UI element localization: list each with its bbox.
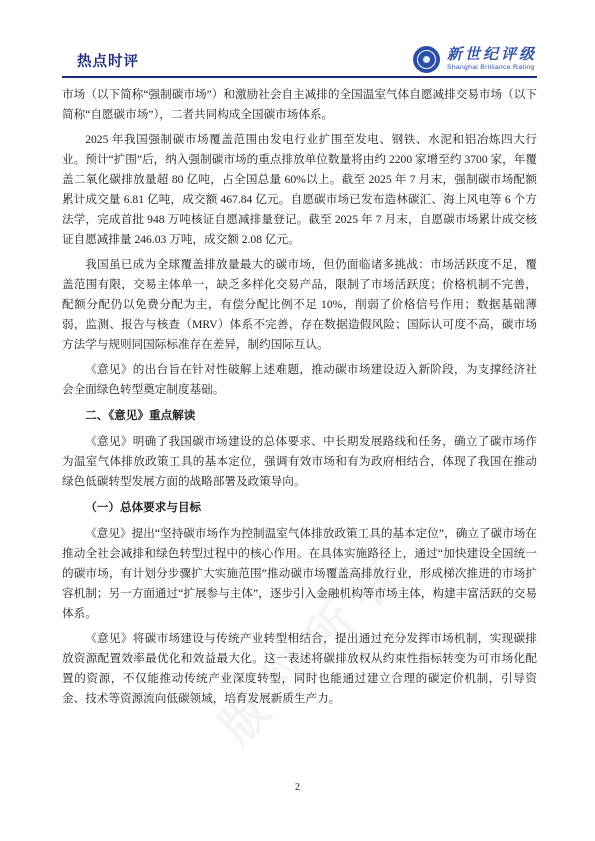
emblem-ring (417, 50, 436, 69)
paragraph: 《意见》将碳市场建设与传统产业转型相结合，提出通过充分发挥市场机制，实现碳排放资… (62, 629, 537, 709)
document-page: 热点时评 新世纪评级 Shanghai Brilliance Rating 市场… (0, 0, 595, 841)
paragraph: 《意见》的出台旨在针对性破解上述难题，推动碳市场建设迈入新阶段，为支撑经济社会全… (62, 360, 537, 400)
section-heading: 二、《意见》重点解读 (62, 406, 537, 426)
subsection-heading: （一）总体要求与目标 (62, 498, 537, 518)
header-divider (62, 76, 537, 78)
document-body: 市场（以下简称“强制碳市场”）和激励社会自主减排的全国温室气体自愿减排交易市场（… (62, 85, 537, 709)
paragraph: 《意见》提出“坚持碳市场作为控制温室气体排放政策工具的基本定位”，确立了碳市场在… (62, 524, 537, 624)
section-label: 热点时评 (62, 50, 139, 74)
brand-text: 新世纪评级 Shanghai Brilliance Rating (447, 47, 537, 72)
paragraph: 2025 年我国强制碳市场覆盖范围由发电行业扩围至发电、钢铁、水泥和铝冶炼四大行… (62, 130, 537, 250)
paragraph: 我国虽已成为全球覆盖排放量最大的碳市场，但仍面临诸多挑战：市场活跃度不足，覆盖范… (62, 255, 537, 355)
page-number: 2 (0, 782, 595, 793)
brilliance-round-seal-icon (413, 46, 440, 73)
brand-name-cn: 新世纪评级 (447, 47, 537, 64)
brand-logo: 新世纪评级 Shanghai Brilliance Rating (413, 46, 537, 74)
paragraph: 市场（以下简称“强制碳市场”）和激励社会自主减排的全国温室气体自愿减排交易市场（… (62, 85, 537, 125)
emblem-core (423, 56, 430, 63)
paragraph: 《意见》明确了我国碳市场建设的总体要求、中长期发展路线和任务，确立了碳市场作为温… (62, 432, 537, 492)
brand-name-en: Shanghai Brilliance Rating (447, 64, 537, 72)
page-header: 热点时评 新世纪评级 Shanghai Brilliance Rating (62, 40, 537, 74)
